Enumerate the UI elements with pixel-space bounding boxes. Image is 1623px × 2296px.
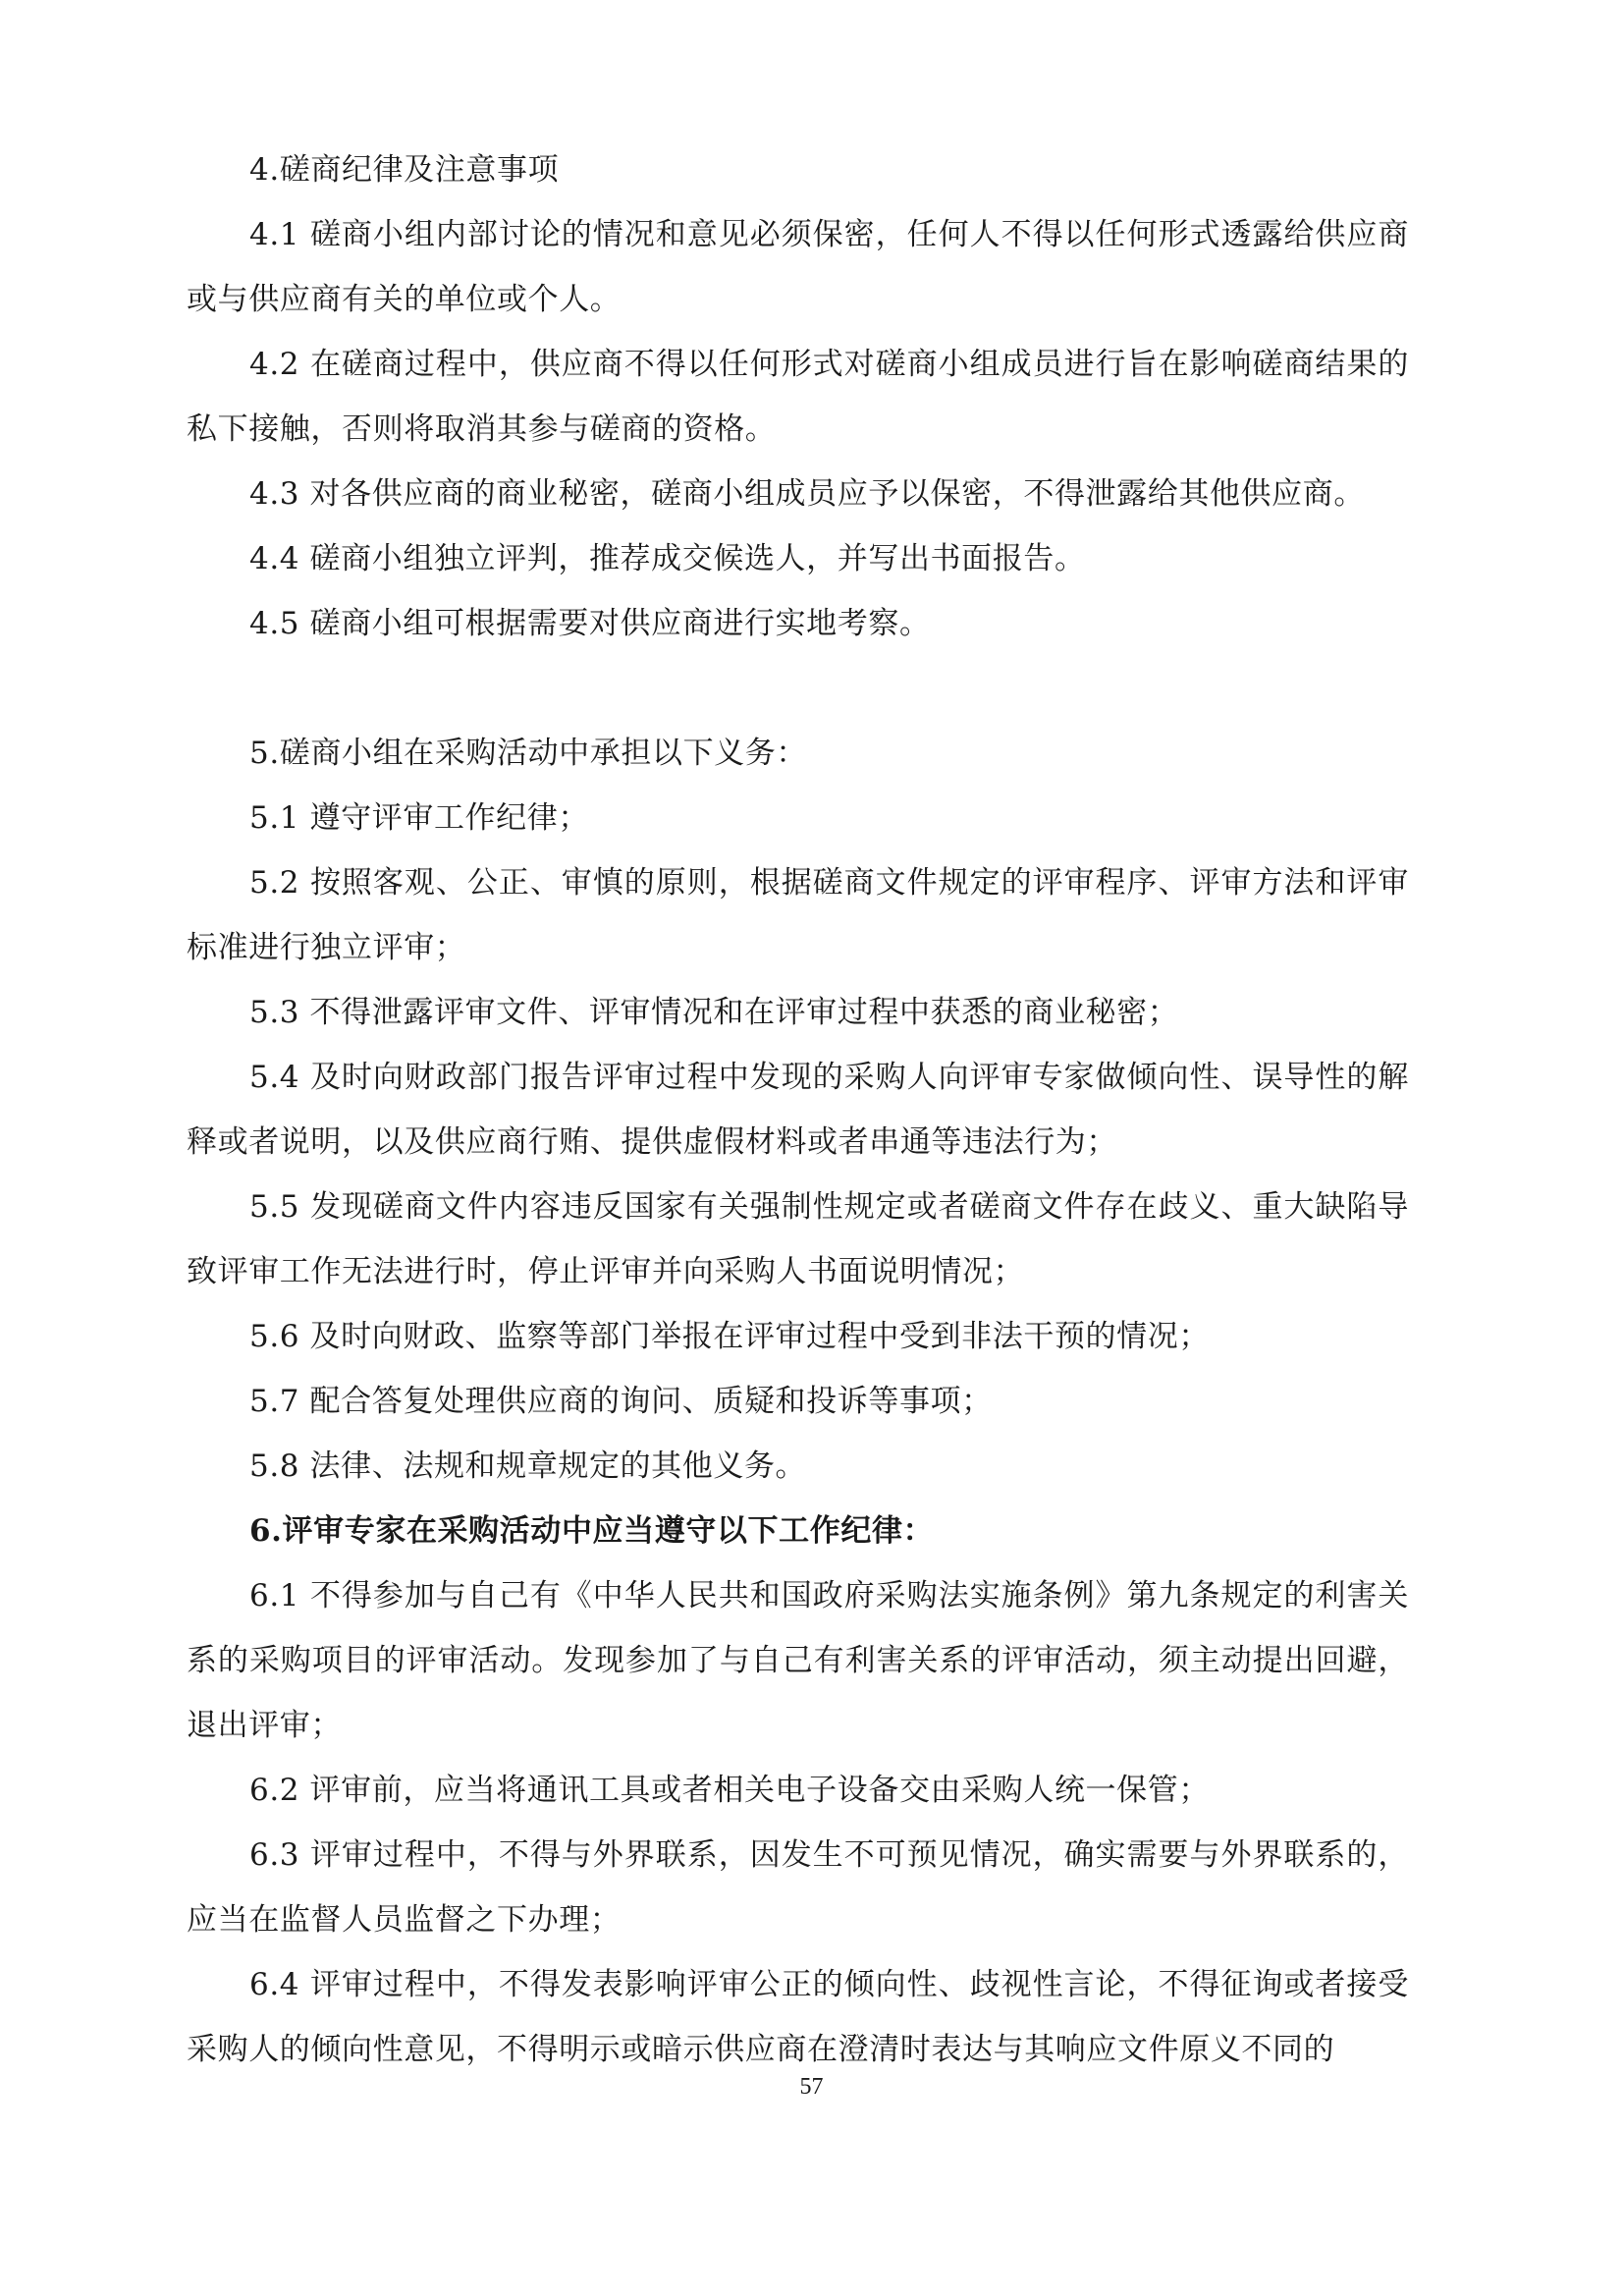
section-4-heading: 4.磋商纪律及注意事项 [187, 137, 1409, 202]
clause-5-3: 5.3 不得泄露评审文件、评审情况和在评审过程中获悉的商业秘密； [187, 980, 1409, 1045]
clause-6-4: 6.4 评审过程中，不得发表影响评审公正的倾向性、歧视性言论，不得征询或者接受采… [187, 1952, 1409, 2082]
clause-6-2: 6.2 评审前，应当将通讯工具或者相关电子设备交由采购人统一保管； [187, 1758, 1409, 1823]
clause-4-5: 4.5 磋商小组可根据需要对供应商进行实地考察。 [187, 591, 1409, 656]
clause-5-6: 5.6 及时向财政、监察等部门举报在评审过程中受到非法干预的情况； [187, 1304, 1409, 1369]
section-5-heading: 5.磋商小组在采购活动中承担以下义务： [187, 721, 1409, 786]
clause-4-1: 4.1 磋商小组内部讨论的情况和意见必须保密，任何人不得以任何形式透露给供应商或… [187, 202, 1409, 332]
clause-6-1: 6.1 不得参加与自己有《中华人民共和国政府采购法实施条例》第九条规定的利害关系… [187, 1563, 1409, 1758]
clause-6-3: 6.3 评审过程中，不得与外界联系，因发生不可预见情况，确实需要与外界联系的，应… [187, 1823, 1409, 1952]
document-page: 4.磋商纪律及注意事项 4.1 磋商小组内部讨论的情况和意见必须保密，任何人不得… [187, 137, 1409, 2082]
section-gap [187, 656, 1409, 721]
clause-5-1: 5.1 遵守评审工作纪律； [187, 786, 1409, 850]
clause-5-4: 5.4 及时向财政部门报告评审过程中发现的采购人向评审专家做倾向性、误导性的解释… [187, 1045, 1409, 1175]
clause-5-7: 5.7 配合答复处理供应商的询问、质疑和投诉等事项； [187, 1369, 1409, 1434]
clause-5-8: 5.8 法律、法规和规章规定的其他义务。 [187, 1434, 1409, 1499]
clause-5-5: 5.5 发现磋商文件内容违反国家有关强制性规定或者磋商文件存在歧义、重大缺陷导致… [187, 1175, 1409, 1304]
clause-5-2: 5.2 按照客观、公正、审慎的原则，根据磋商文件规定的评审程序、评审方法和评审标… [187, 850, 1409, 980]
clause-4-2: 4.2 在磋商过程中，供应商不得以任何形式对磋商小组成员进行旨在影响磋商结果的私… [187, 332, 1409, 462]
page-number: 57 [0, 2074, 1623, 2101]
clause-4-4: 4.4 磋商小组独立评判，推荐成交候选人，并写出书面报告。 [187, 526, 1409, 591]
section-6-heading: 6.评审专家在采购活动中应当遵守以下工作纪律： [187, 1499, 1409, 1563]
clause-4-3: 4.3 对各供应商的商业秘密，磋商小组成员应予以保密，不得泄露给其他供应商。 [187, 462, 1409, 526]
